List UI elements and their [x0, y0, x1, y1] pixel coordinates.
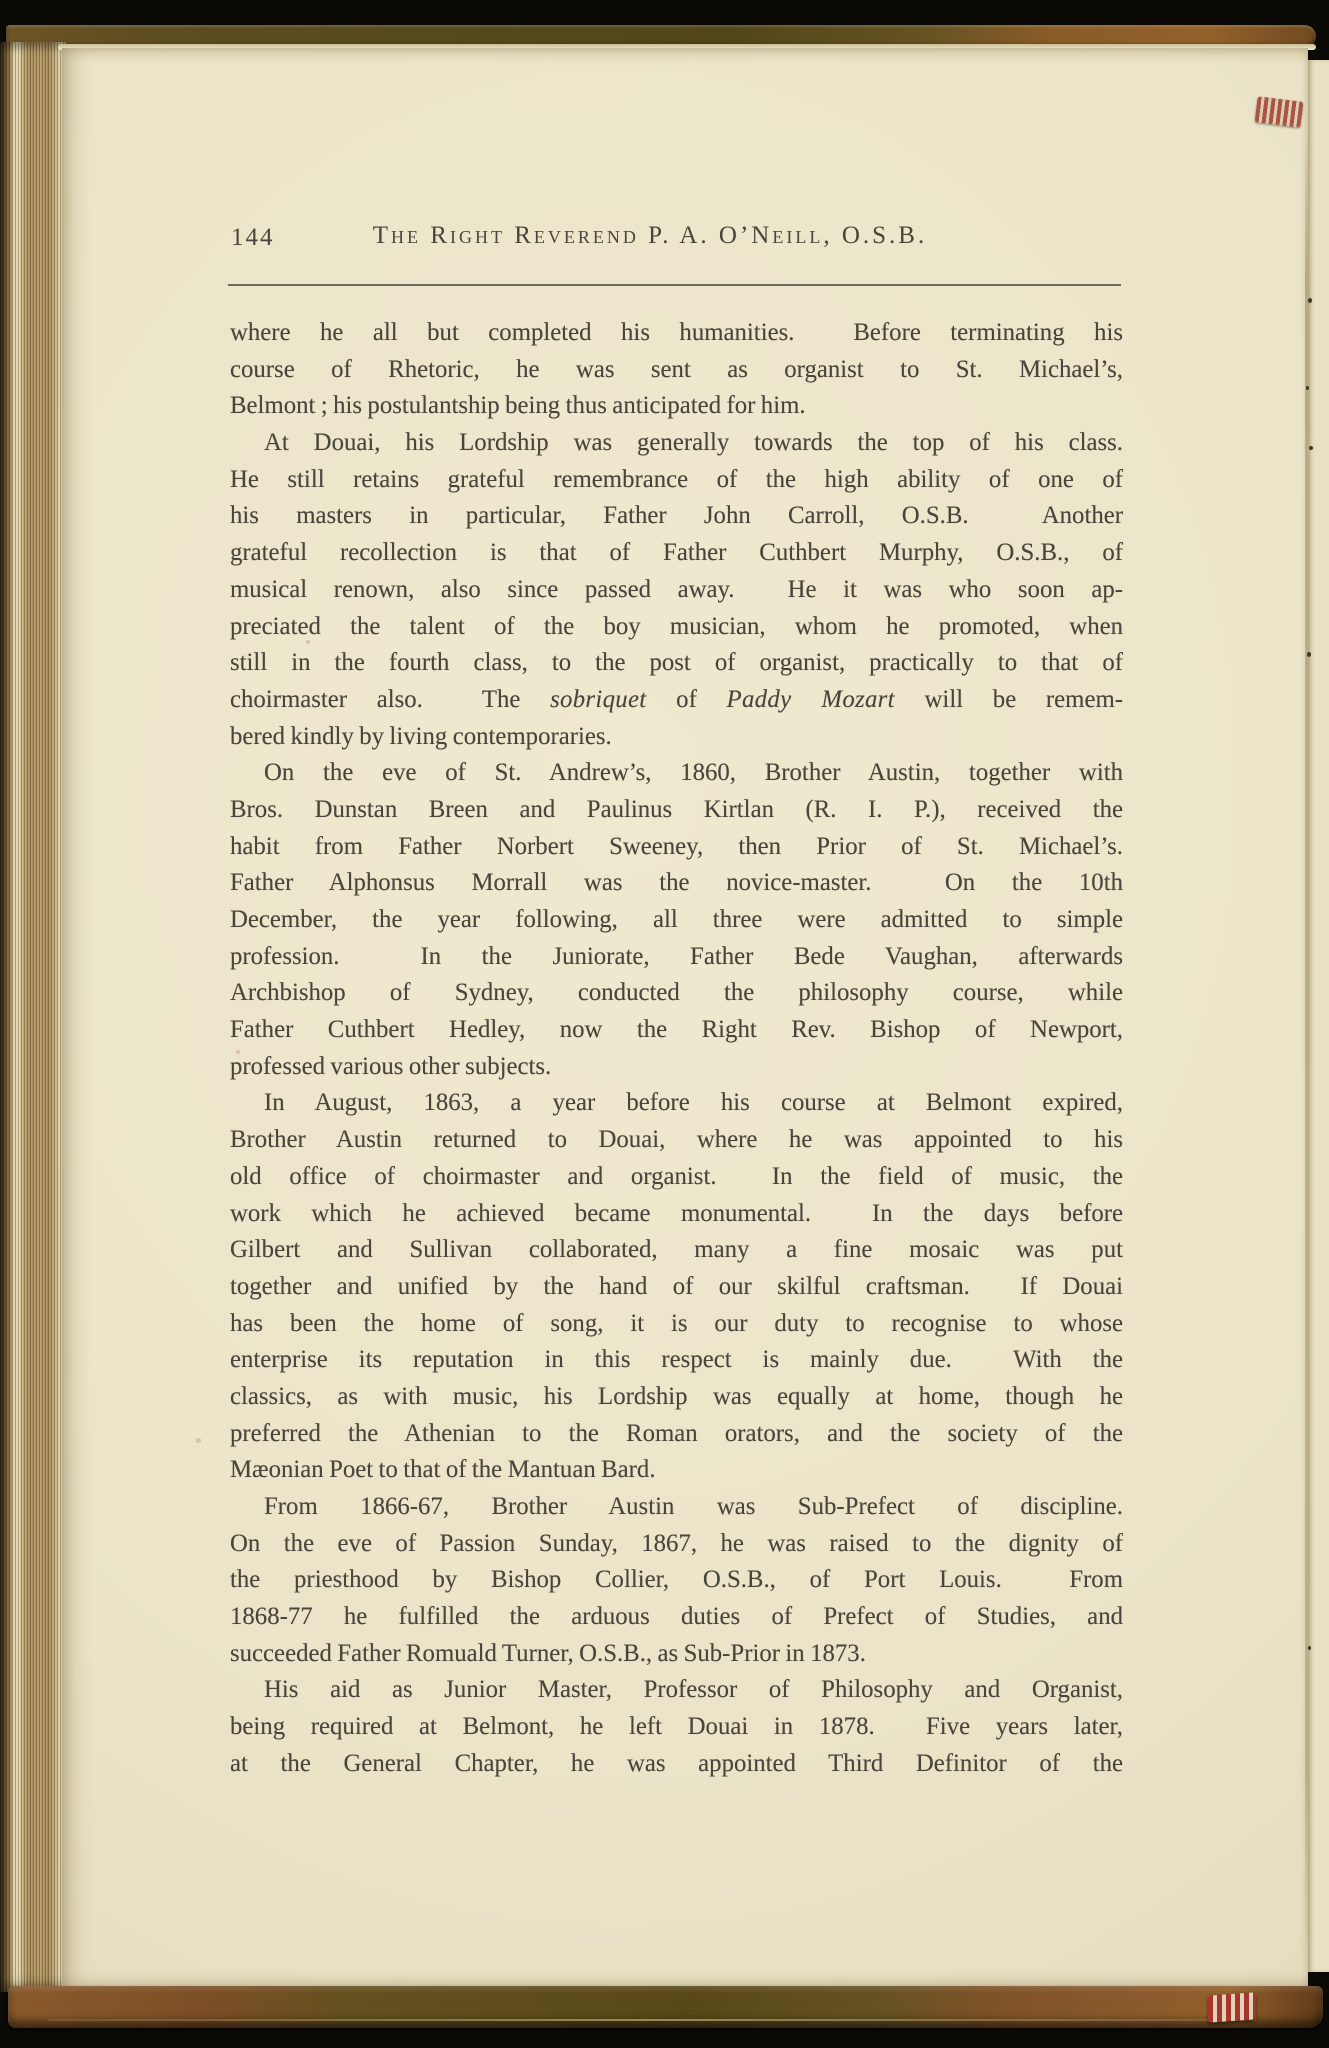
- header-rule: [228, 284, 1121, 286]
- text-line: succeeded Father Romuald Turner, O.S.B.,…: [230, 1636, 1123, 1673]
- text-line: together and unified by the hand of our …: [230, 1269, 1123, 1306]
- left-page-edges: [0, 42, 66, 1992]
- text-line: Belmont ; his postulantship being thus a…: [230, 388, 1123, 425]
- text-line: the priesthood by Bishop Collier, O.S.B.…: [230, 1562, 1123, 1599]
- text-line: profession. In the Juniorate, Father Bed…: [230, 939, 1123, 976]
- text-line: On the eve of St. Andrew’s, 1860, Brothe…: [230, 755, 1123, 792]
- text-line: enterprise its reputation in this respec…: [230, 1342, 1123, 1379]
- text-line: Gilbert and Sullivan collaborated, many …: [230, 1232, 1123, 1269]
- running-header-title: The Right Reverend P. A. O’Neill, O.S.B.: [290, 222, 1010, 250]
- page-edge-speck: [1309, 446, 1313, 450]
- text-line: On the eve of Passion Sunday, 1867, he w…: [230, 1526, 1123, 1563]
- page-edge-speck: [1308, 298, 1312, 303]
- text-line: 1868-77 he fulfilled the arduous duties …: [230, 1599, 1123, 1636]
- right-page-crease: [1305, 130, 1308, 1950]
- text-line: grateful recollection is that of Father …: [230, 535, 1123, 572]
- headband-fray-top: [1255, 96, 1304, 127]
- text-line: At Douai, his Lordship was generally tow…: [230, 425, 1123, 462]
- text-line: He still retains grateful remembrance of…: [230, 462, 1123, 499]
- text-line: Father Alphonsus Morrall was the novice-…: [230, 865, 1123, 902]
- photo-backdrop: { "colors":{"paper":"#ebe4c8","ink":"#49…: [0, 0, 1329, 2048]
- text-line: Archbishop of Sydney, conducted the phil…: [230, 975, 1123, 1012]
- text-line: classics, as with music, his Lordship wa…: [230, 1379, 1123, 1416]
- text-line: Bros. Dunstan Breen and Paulinus Kirtlan…: [230, 792, 1123, 829]
- text-line: still in the fourth class, to the post o…: [230, 645, 1123, 682]
- text-line: professed various other subjects.: [230, 1049, 1123, 1086]
- text-line: preferred the Athenian to the Roman orat…: [230, 1416, 1123, 1453]
- text-line: course of Rhetoric, he was sent as organ…: [230, 352, 1123, 389]
- text-line: Brother Austin returned to Douai, where …: [230, 1122, 1123, 1159]
- page-edge-speck: [1308, 1646, 1311, 1650]
- text-line: his masters in particular, Father John C…: [230, 498, 1123, 535]
- next-page-sliver: [1308, 60, 1329, 1972]
- text-line: bered kindly by living contemporaries.: [230, 719, 1123, 756]
- text-line: musical renown, also since passed away. …: [230, 572, 1123, 609]
- page-number: 144: [231, 224, 275, 252]
- text-line: preciated the talent of the boy musician…: [230, 609, 1123, 646]
- page-edge-speck: [1307, 652, 1311, 657]
- text-line: In August, 1863, a year before his cours…: [230, 1085, 1123, 1122]
- text-line: Mæonian Poet to that of the Mantuan Bard…: [230, 1452, 1123, 1489]
- text-line: Father Cuthbert Hedley, now the Right Re…: [230, 1012, 1123, 1049]
- text-line: old office of choirmaster and organist. …: [230, 1159, 1123, 1196]
- book-bottom-edge-band: [8, 1986, 1323, 2028]
- text-line: has been the home of song, it is our dut…: [230, 1306, 1123, 1343]
- text-line: work which he achieved became monumental…: [230, 1196, 1123, 1233]
- headband-stripes-bottom: [1208, 1992, 1256, 2022]
- text-line: at the General Chapter, he was appointed…: [230, 1746, 1123, 1783]
- text-line: habit from Father Norbert Sweeney, then …: [230, 829, 1123, 866]
- text-line: His aid as Junior Master, Professor of P…: [230, 1672, 1123, 1709]
- page-edge-speck: [1306, 386, 1309, 390]
- body-text: where he all but completed his humanitie…: [230, 315, 1123, 1783]
- text-line: From 1866-67, Brother Austin was Sub-Pre…: [230, 1489, 1123, 1526]
- paper-stain: [196, 1438, 201, 1443]
- text-line: December, the year following, all three …: [230, 902, 1123, 939]
- text-line: being required at Belmont, he left Douai…: [230, 1709, 1123, 1746]
- text-line: where he all but completed his humanitie…: [230, 315, 1123, 352]
- text-line: choirmaster also. The sobriquet of Paddy…: [230, 682, 1123, 719]
